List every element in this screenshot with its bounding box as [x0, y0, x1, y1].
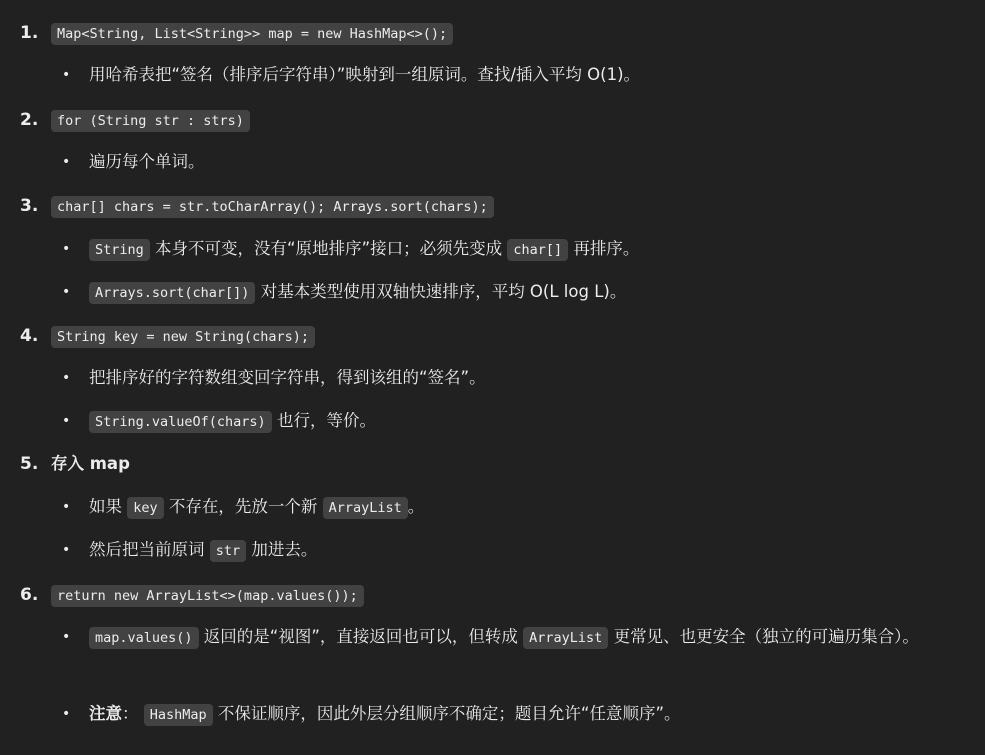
inline-code: String key = new String(chars); [51, 326, 315, 348]
bullet-text: 对基本类型使用双轴快速排序，平均 O(L log L)。 [261, 282, 627, 301]
bullet-text: 也行，等价。 [277, 411, 376, 430]
inline-code: str [210, 540, 246, 562]
bullet-text: 不保证顺序，因此外层分组顺序不确定；题目允许“任意顺序”。 [218, 704, 681, 723]
inline-code: HashMap [144, 704, 213, 726]
bullet-text: 更常见、也更安全（独立的可遍历集合）。 [614, 627, 919, 646]
inline-code: key [127, 497, 163, 519]
step-number: 6. [20, 583, 38, 607]
bullet-icon: • [62, 702, 70, 726]
bullet-text: 再排序。 [573, 239, 639, 258]
bullet-icon: • [62, 280, 70, 304]
bullet-text: 。 [408, 497, 425, 516]
bullet-icon: • [62, 150, 70, 174]
bullet-text: 加进去。 [251, 540, 317, 559]
colon: ： [122, 704, 139, 723]
bullet-icon: • [62, 625, 70, 649]
inline-code: char[] [507, 239, 568, 261]
bullet-icon: • [62, 366, 70, 390]
step-title: 存入 map [51, 452, 130, 476]
inline-code: char[] chars = str.toCharArray(); Arrays… [51, 196, 494, 218]
bullet-text: 本身不可变，没有“原地排序”接口；必须先变成 [155, 239, 502, 258]
inline-code: Arrays.sort(char[]) [89, 282, 255, 304]
bullet-icon: • [62, 63, 70, 87]
step-number: 2. [20, 108, 38, 132]
bullet-text: 把排序好的字符数组变回字符串，得到该组的“签名”。 [89, 366, 486, 390]
inline-code: ArrayList [323, 497, 408, 519]
bullet-icon: • [62, 538, 70, 562]
bullet-icon: • [62, 237, 70, 261]
step-number: 4. [20, 324, 38, 348]
bullet-icon: • [62, 495, 70, 519]
bullet-text: 遍历每个单词。 [89, 150, 205, 174]
inline-code: Map<String, List<String>> map = new Hash… [51, 23, 453, 45]
inline-code: map.values() [89, 627, 199, 649]
step-number: 5. [20, 452, 38, 476]
inline-code: return new ArrayList<>(map.values()); [51, 585, 364, 607]
bullet-text: 返回的是“视图”，直接返回也可以，但转成 [204, 627, 518, 646]
inline-code: for (String str : strs) [51, 110, 250, 132]
note-label: 注意 [89, 704, 122, 723]
bullet-text: 然后把当前原词 [89, 540, 205, 559]
bullet-icon: • [62, 409, 70, 433]
inline-code: String.valueOf(chars) [89, 411, 272, 433]
answer-document: 1. Map<String, List<String>> map = new H… [0, 0, 985, 755]
bullet-text: 不存在，先放一个新 [169, 497, 318, 516]
bullet-text: 用哈希表把“签名（排序后字符串）”映射到一组原词。查找/插入平均 O(1)。 [89, 63, 640, 87]
step-number: 1. [20, 21, 38, 45]
inline-code: String [89, 239, 150, 261]
step-number: 3. [20, 194, 38, 218]
inline-code: ArrayList [523, 627, 608, 649]
bullet-text: 如果 [89, 497, 122, 516]
